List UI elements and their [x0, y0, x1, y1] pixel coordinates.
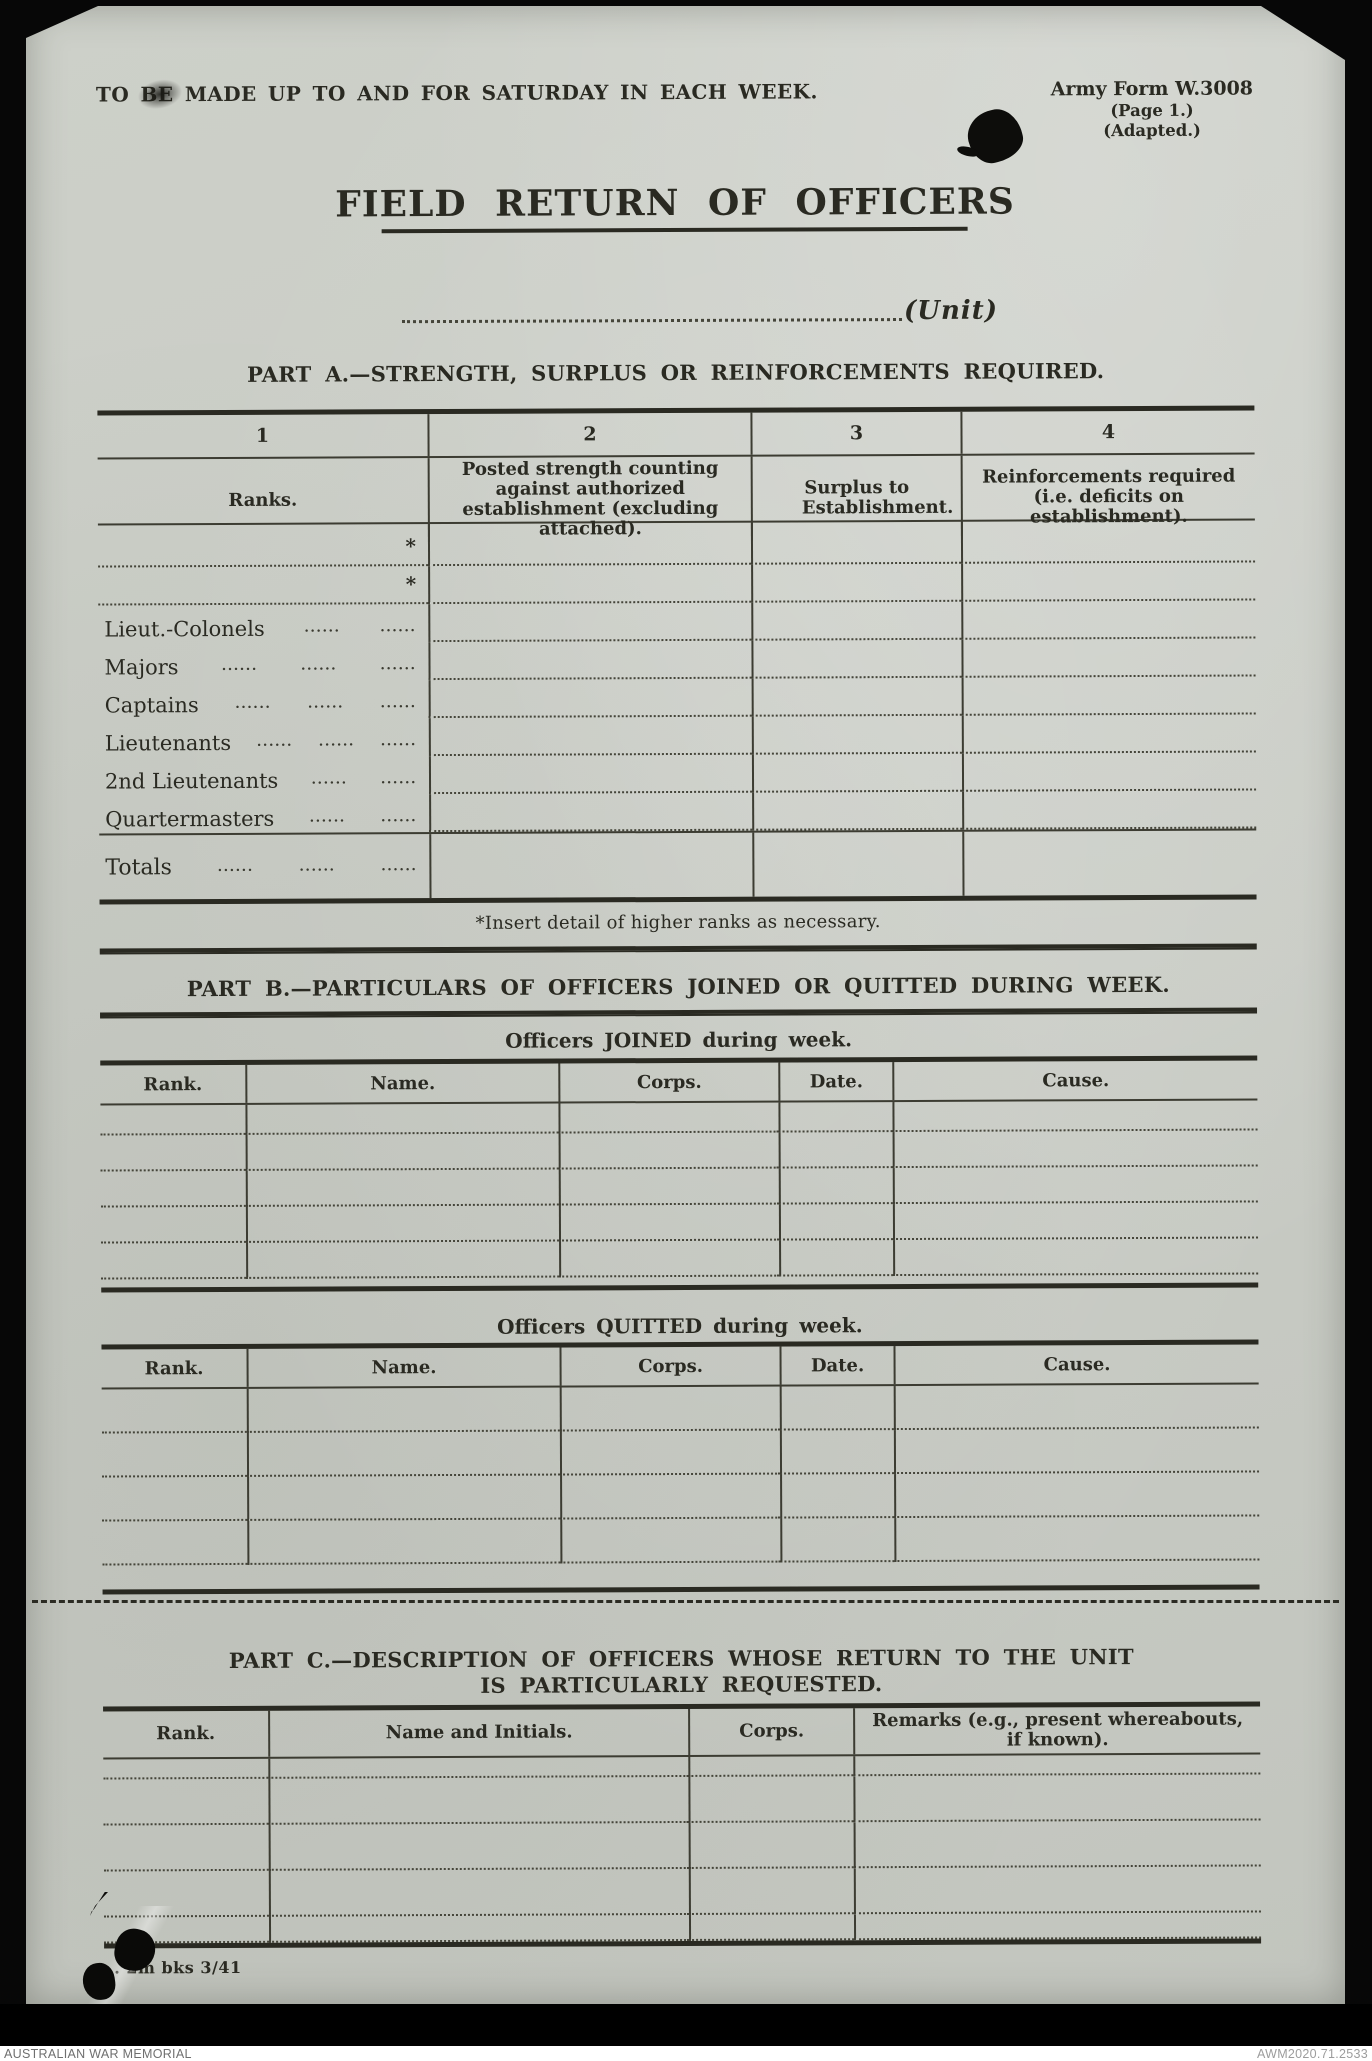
part-c-heading: PART C.—DESCRIPTION OF OFFICERS WHOSE RE… [103, 1643, 1260, 1700]
divider-rule [100, 943, 1257, 954]
rank-label: Captains [105, 693, 199, 717]
blank-entry-row [101, 1202, 1258, 1243]
rank-row: Lieutenants.................. [99, 714, 1256, 757]
col-header-rank: Rank. [103, 1711, 268, 1758]
part-c-column-headers: Rank. Name and Initials. Corps. Remarks … [103, 1706, 1260, 1759]
col-header-cause: Cause. [893, 1344, 1258, 1384]
part-a-cell [752, 678, 962, 717]
blank-cell [893, 1202, 1258, 1240]
blank-cell [688, 1756, 853, 1777]
blank-cell [559, 1169, 779, 1206]
part-a-cell [961, 562, 1255, 601]
unit-label: (Unit) [902, 296, 998, 326]
blank-cell [689, 1822, 854, 1869]
part-a-cell [752, 716, 962, 755]
part-a-table: 1 2 3 4 Ranks. Posted strength counting … [97, 405, 1256, 904]
leader-dots: ...... [222, 659, 258, 679]
leader-dots: ...... [380, 696, 416, 716]
blank-cell [560, 1387, 780, 1432]
officers-quitted-title: Officers QUITTED during week. [101, 1311, 1258, 1340]
blank-cell [247, 1388, 560, 1433]
blank-cell [780, 1474, 894, 1518]
blank-cell [894, 1384, 1259, 1430]
part-a-rank-rows: **Lieut.-Colonels............Majors.....… [98, 520, 1256, 833]
leader-dots: ...... [381, 810, 417, 830]
blank-cell [779, 1240, 893, 1276]
col-header-rank: Rank. [100, 1065, 245, 1104]
blank-cell [102, 1433, 247, 1478]
archive-black-bar [0, 2004, 1372, 2046]
part-a-cell [962, 790, 1256, 829]
form-number: Army Form W.3008 [1051, 77, 1253, 101]
blank-cell [102, 1389, 247, 1434]
col-number-2: 2 [427, 413, 750, 456]
quitted-blank-rows [102, 1384, 1260, 1565]
part-a-cell [962, 676, 1256, 715]
blank-cell [893, 1238, 1258, 1276]
rank-row: Captains.................. [99, 676, 1256, 719]
blank-cell [102, 1477, 247, 1522]
leader-dots: ...... [299, 859, 335, 874]
blank-cell [560, 1519, 780, 1564]
blank-cell [269, 1823, 689, 1871]
blank-cell [269, 1915, 689, 1943]
leader-dots: ...... [304, 620, 340, 640]
blank-cell [779, 1168, 893, 1204]
blank-cell [780, 1386, 894, 1430]
officers-quitted-table: Rank. Name. Corps. Date. Cause. [101, 1339, 1259, 1594]
blank-cell [246, 1134, 559, 1171]
archive-institution: AUSTRALIAN WAR MEMORIAL [4, 2047, 192, 2061]
rank-label: Quartermasters [105, 807, 274, 832]
col-number-4: 4 [960, 410, 1254, 453]
blank-cell [689, 1914, 854, 1941]
part-a-totals-row: Totals ...... ...... ...... [99, 828, 1256, 899]
part-a-cell [429, 793, 752, 832]
col-header-date: Date. [778, 1062, 892, 1100]
leader-dots: ...... [301, 658, 337, 678]
blank-cell [246, 1242, 559, 1279]
joined-blank-rows [100, 1100, 1258, 1279]
blank-entry-row [102, 1472, 1259, 1521]
col-header-corps: Corps. [559, 1347, 779, 1386]
leader-dots: ...... [308, 696, 344, 716]
part-a-cell [429, 679, 752, 718]
blank-cell [854, 1912, 1261, 1940]
part-a-cell [429, 717, 752, 756]
part-a-column-numbers: 1 2 3 4 [97, 410, 1254, 459]
insert-rank-asterisk: * [406, 572, 417, 596]
part-a-cell [428, 641, 751, 680]
blank-cell [100, 1105, 245, 1136]
unit-fill-line [402, 295, 902, 323]
blank-cell [688, 1776, 853, 1823]
blank-cell [246, 1170, 559, 1207]
part-a-cell [962, 752, 1256, 791]
part-a-cell: Captains.................. [99, 680, 429, 719]
rank-label: Lieut.-Colonels [104, 617, 264, 642]
archive-accession-number: AWM2020.71.2533 [1257, 2047, 1368, 2061]
leader-dots: ...... [380, 620, 416, 640]
leader-dots: ...... [381, 734, 417, 754]
part-a-cell [428, 523, 751, 566]
part-a-cell [751, 640, 961, 679]
part-c-blank-rows [103, 1754, 1261, 1943]
part-a-cell [961, 638, 1255, 677]
part-a-footnote: *Insert detail of higher ranks as necess… [100, 909, 1257, 935]
leader-dots: ...... [235, 697, 271, 717]
col-header-name: Name. [245, 1064, 558, 1103]
part-b-heading: PART B.—PARTICULARS OF OFFICERS JOINED O… [100, 971, 1257, 1001]
rank-label: Lieutenants [105, 731, 231, 756]
rank-row: Quartermasters............ [99, 790, 1256, 833]
blank-cell [101, 1207, 246, 1244]
blank-entry-row [101, 1130, 1258, 1171]
part-a-cell: * [98, 524, 428, 567]
part-a-cell [962, 714, 1256, 753]
blank-cell [103, 1779, 268, 1826]
blank-cell [689, 1868, 854, 1915]
totals-blank-cell [752, 832, 962, 897]
rank-row: Lieut.-Colonels............ [98, 600, 1255, 643]
blank-cell [268, 1757, 688, 1779]
col-header-remarks: Remarks (e.g., present whereabouts, if k… [853, 1706, 1260, 1754]
blank-cell [103, 1759, 268, 1780]
col-header-name: Name. [246, 1348, 559, 1387]
leader-dots: ...... [380, 658, 416, 678]
blank-cell [894, 1516, 1259, 1562]
blank-cell [893, 1166, 1258, 1204]
blank-cell [246, 1206, 559, 1243]
scanned-document-page: TO BE MADE UP TO AND FOR SATURDAY IN EAC… [0, 0, 1372, 2061]
part-c-heading-text: PART C.—DESCRIPTION OF OFFICERS WHOSE RE… [221, 1644, 1141, 1700]
part-a-cell: 2nd Lieutenants............ [99, 756, 429, 795]
blank-entry-row [104, 1866, 1261, 1917]
leader-dots: ...... [218, 859, 254, 874]
unit-line: (Unit) [402, 295, 998, 329]
blank-cell [102, 1521, 247, 1566]
leader-dots: ...... [381, 859, 417, 874]
blank-cell [247, 1476, 560, 1521]
leader-dots: ...... [319, 734, 355, 754]
totals-blank-cell [962, 830, 1256, 895]
blank-cell [780, 1430, 894, 1474]
part-a-cell [428, 565, 751, 604]
document-title: FIELD RETURN OF OFFICERS [96, 179, 1253, 226]
part-a-column-headers: Ranks. Posted strength counting against … [98, 454, 1255, 525]
leader-dots: ...... [381, 772, 417, 792]
paper-sheet: TO BE MADE UP TO AND FOR SATURDAY IN EAC… [26, 6, 1345, 2004]
blank-entry-row [103, 1774, 1260, 1825]
part-a-cell [961, 600, 1255, 639]
part-a-cell [752, 792, 962, 831]
rank-label: Majors [104, 655, 178, 679]
blank-cell [101, 1243, 246, 1280]
part-a-heading: PART A.—STRENGTH, SURPLUS OR REINFORCEME… [97, 357, 1254, 387]
blank-cell [559, 1205, 779, 1242]
blank-cell [245, 1104, 558, 1135]
form-page-note: (Page 1.) [1051, 100, 1253, 121]
officers-joined-title: Officers JOINED during week. [100, 1025, 1257, 1054]
blank-cell [894, 1472, 1259, 1518]
blank-cell [892, 1100, 1257, 1132]
blank-entry-row [102, 1384, 1259, 1433]
totals-blank-cell [429, 833, 752, 898]
totals-cell: Totals ...... ...... ...... [99, 834, 429, 899]
form-adapted-note: (Adapted.) [1051, 120, 1253, 141]
rank-row: Majors.................. [98, 638, 1255, 681]
blank-cell [247, 1432, 560, 1477]
part-c-table: Rank. Name and Initials. Corps. Remarks … [103, 1701, 1261, 1948]
blank-cell [558, 1103, 778, 1134]
part-a-cell: Quartermasters............ [99, 794, 429, 833]
insert-rank-row: * [98, 520, 1255, 567]
part-a-cell [751, 602, 961, 641]
top-note: TO BE MADE UP TO AND FOR SATURDAY IN EAC… [96, 79, 818, 106]
blank-cell [268, 1777, 688, 1825]
quitted-column-headers: Rank. Name. Corps. Date. Cause. [101, 1344, 1258, 1389]
col-number-3: 3 [750, 412, 960, 455]
blank-cell [560, 1475, 780, 1520]
blank-cell [559, 1241, 779, 1278]
part-a-cell [751, 522, 961, 565]
blank-entry-row [102, 1516, 1259, 1565]
rank-label: 2nd Lieutenants [105, 769, 278, 794]
title-underline [382, 227, 968, 234]
clipped-corner-top-right [1261, 6, 1345, 60]
col-header-name-initials: Name and Initials. [268, 1709, 688, 1757]
blank-cell [893, 1130, 1258, 1168]
blank-cell [778, 1102, 892, 1132]
divider-rule [100, 1007, 1257, 1018]
blank-cell [247, 1520, 560, 1565]
blank-entry-row [101, 1166, 1258, 1207]
blank-cell [894, 1428, 1259, 1474]
part-a-cell [961, 520, 1255, 563]
col-header-corps: Corps. [558, 1063, 778, 1102]
col-header-date: Date. [779, 1346, 893, 1384]
officers-joined-table: Rank. Name. Corps. Date. Cause. [100, 1055, 1258, 1292]
part-a-cell: Lieut.-Colonels............ [98, 604, 428, 643]
joined-column-headers: Rank. Name. Corps. Date. Cause. [100, 1060, 1257, 1105]
part-a-cell [428, 603, 751, 642]
leader-dots: ...... [310, 810, 346, 830]
blank-cell [853, 1774, 1260, 1822]
totals-label: Totals [105, 855, 172, 880]
col-header-cause: Cause. [892, 1060, 1257, 1100]
blank-entry-row [101, 1238, 1258, 1279]
form-reference: Army Form W.3008 (Page 1.) (Adapted.) [1051, 77, 1254, 140]
col-number-1: 1 [97, 414, 427, 457]
blank-cell [560, 1431, 780, 1476]
clipped-corner-top-left [26, 6, 98, 38]
leader-dots: ...... [311, 772, 347, 792]
col-header-rank: Rank. [101, 1349, 246, 1388]
blank-cell [854, 1820, 1261, 1868]
part-a-cell: * [98, 566, 428, 605]
blank-cell [101, 1171, 246, 1208]
blank-cell [780, 1518, 894, 1562]
blank-cell [779, 1204, 893, 1240]
part-a-cell: Lieutenants.................. [99, 718, 429, 757]
blank-cell [779, 1132, 893, 1168]
col-header-corps: Corps. [688, 1708, 853, 1755]
part-a-cell [752, 754, 962, 793]
part-a-cell [429, 755, 752, 794]
form-content: TO BE MADE UP TO AND FOR SATURDAY IN EAC… [96, 6, 1262, 2004]
blank-cell [854, 1866, 1261, 1914]
insert-rank-asterisk: * [405, 534, 416, 558]
part-a-cell [751, 564, 961, 603]
perforation-dashed-line [32, 1600, 1339, 1603]
blank-cell [853, 1754, 1260, 1776]
leader-dots: ...... [257, 735, 293, 755]
top-row: TO BE MADE UP TO AND FOR SATURDAY IN EAC… [96, 77, 1253, 144]
blank-entry-row [102, 1428, 1259, 1477]
part-a-cell: Majors.................. [98, 642, 428, 681]
blank-cell [101, 1135, 246, 1172]
blank-entry-row [104, 1912, 1261, 1943]
archive-caption-strip: AUSTRALIAN WAR MEMORIAL AWM2020.71.2533 [0, 2046, 1372, 2061]
blank-entry-row [104, 1820, 1261, 1871]
rank-row: 2nd Lieutenants............ [99, 752, 1256, 795]
blank-cell [559, 1133, 779, 1170]
insert-rank-row: * [98, 562, 1255, 605]
blank-cell [269, 1869, 689, 1917]
col-header-surplus-text: Surplus to Establishment. [802, 478, 912, 518]
blank-cell [104, 1825, 269, 1872]
